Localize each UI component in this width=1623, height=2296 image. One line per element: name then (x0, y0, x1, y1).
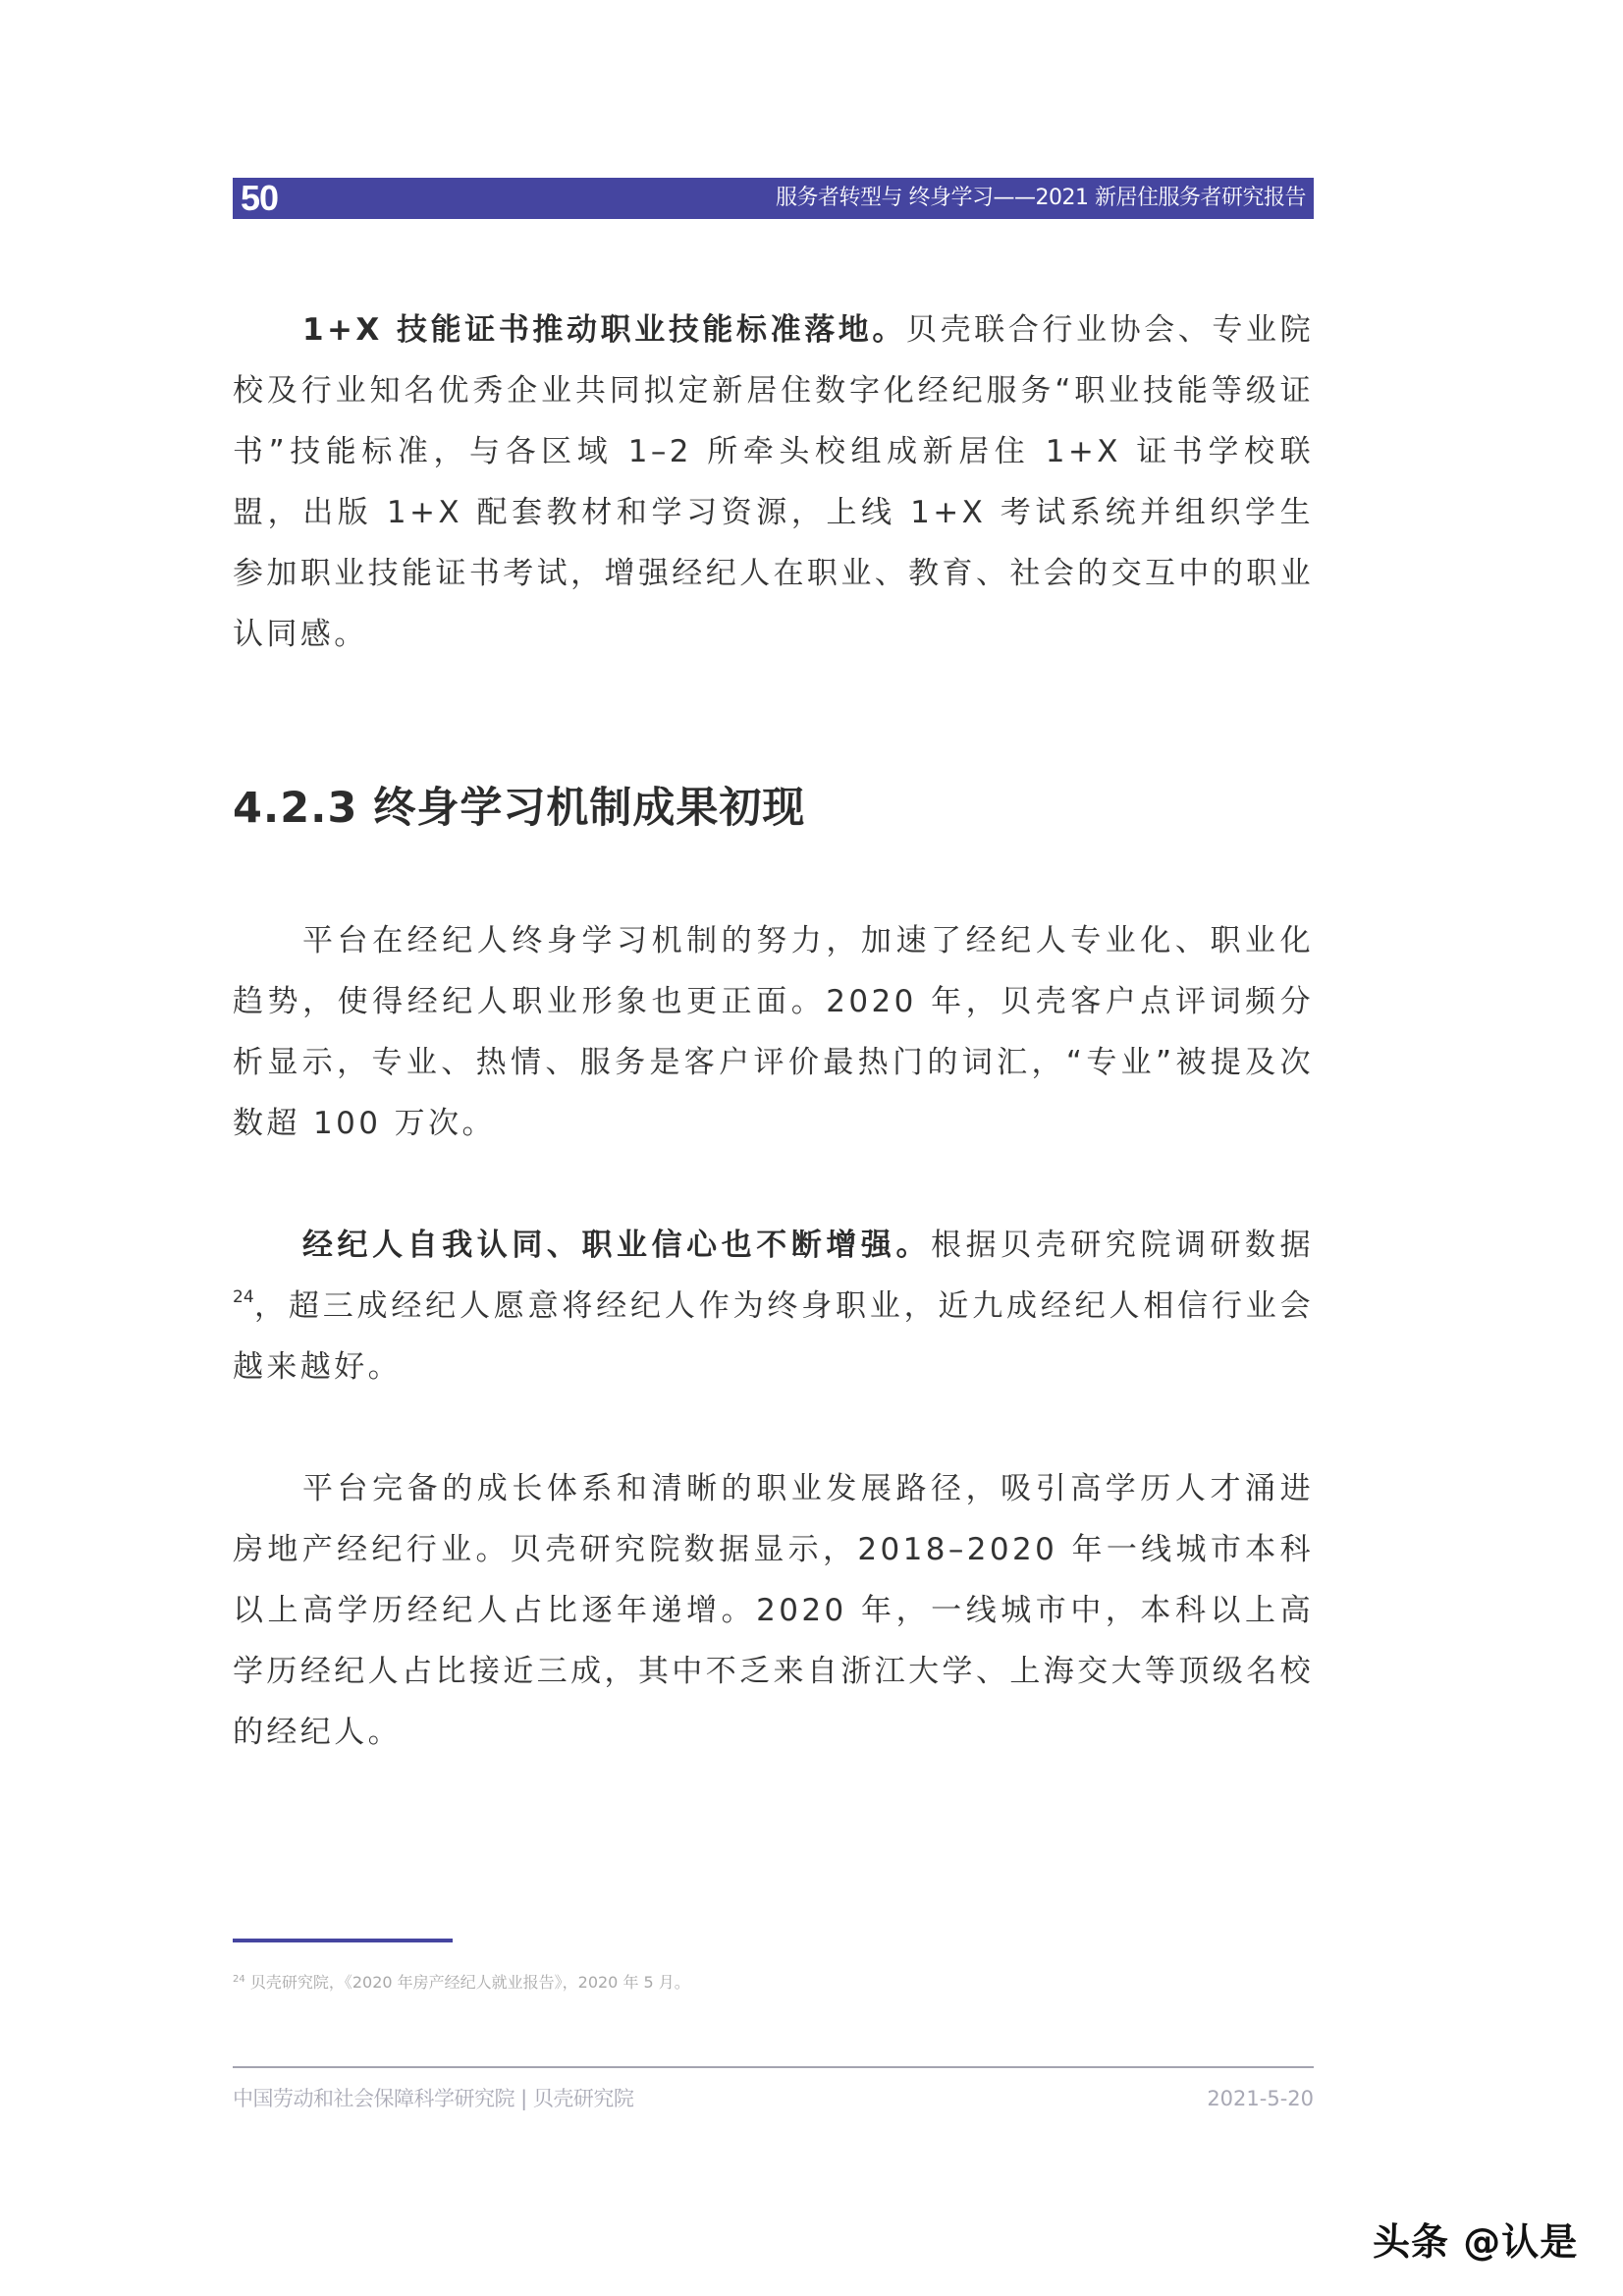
running-title: 服务者转型与 终身学习——2021 新居住服务者研究报告 (776, 178, 1306, 219)
paragraph-1x-certificate: 1+X 技能证书推动职业技能标准落地。贝壳联合行业协会、专业院校及行业知名优秀企… (233, 300, 1314, 665)
paragraph-bold-lead: 1+X 技能证书推动职业技能标准落地。 (302, 312, 906, 348)
watermark: 头条 @认是 (1373, 2214, 1578, 2269)
paragraph-self-identity: 经纪人自我认同、职业信心也不断增强。根据贝壳研究院调研数据24，超三成经纪人愿意… (233, 1215, 1314, 1397)
page-number: 50 (241, 178, 278, 219)
spacer (233, 665, 1314, 779)
paragraph-lifelong-learning: 平台在经纪人终身学习机制的努力，加速了经纪人专业化、职业化趋势，使得经纪人职业形… (233, 910, 1314, 1154)
footnote-number: 24 (233, 1974, 245, 1985)
paragraph-bold-lead: 经纪人自我认同、职业信心也不断增强。 (302, 1228, 931, 1263)
spacer (233, 1154, 1314, 1215)
paragraph-text: 贝壳联合行业协会、专业院校及行业知名优秀企业共同拟定新居住数字化经纪服务“职业技… (233, 312, 1314, 652)
spacer (233, 838, 1314, 910)
paragraph-text: 平台完备的成长体系和清晰的职业发展路径，吸引高学历人才涌进房地产经纪行业。贝壳研… (233, 1471, 1314, 1750)
footer-organizations: 中国劳动和社会保障科学研究院 | 贝壳研究院 (233, 2082, 633, 2115)
paragraph-text: 根据贝壳研究院调研数据 (931, 1228, 1314, 1263)
section-title: 4.2.3 终身学习机制成果初现 (233, 779, 1314, 838)
footnote-reference[interactable]: 24 (233, 1287, 254, 1307)
footnote: 24 贝壳研究院，《2020 年房产经纪人就业报告》，2020 年 5 月。 (233, 1970, 690, 1995)
footnote-divider (233, 1939, 453, 1942)
spacer (233, 1397, 1314, 1458)
footnote-text: 贝壳研究院，《2020 年房产经纪人就业报告》，2020 年 5 月。 (250, 1973, 690, 1992)
main-content: 1+X 技能证书推动职业技能标准落地。贝壳联合行业协会、专业院校及行业知名优秀企… (233, 300, 1314, 1763)
paragraph-education-trend: 平台完备的成长体系和清晰的职业发展路径，吸引高学历人才涌进房地产经纪行业。贝壳研… (233, 1458, 1314, 1763)
footer-date: 2021-5-20 (1207, 2082, 1314, 2115)
footer-divider (233, 2066, 1314, 2068)
running-header: 50 服务者转型与 终身学习——2021 新居住服务者研究报告 (233, 178, 1314, 219)
paragraph-text: ，超三成经纪人愿意将经纪人作为终身职业，近九成经纪人相信行业会越来越好。 (233, 1288, 1314, 1385)
paragraph-text: 平台在经纪人终身学习机制的努力，加速了经纪人专业化、职业化趋势，使得经纪人职业形… (233, 923, 1314, 1141)
